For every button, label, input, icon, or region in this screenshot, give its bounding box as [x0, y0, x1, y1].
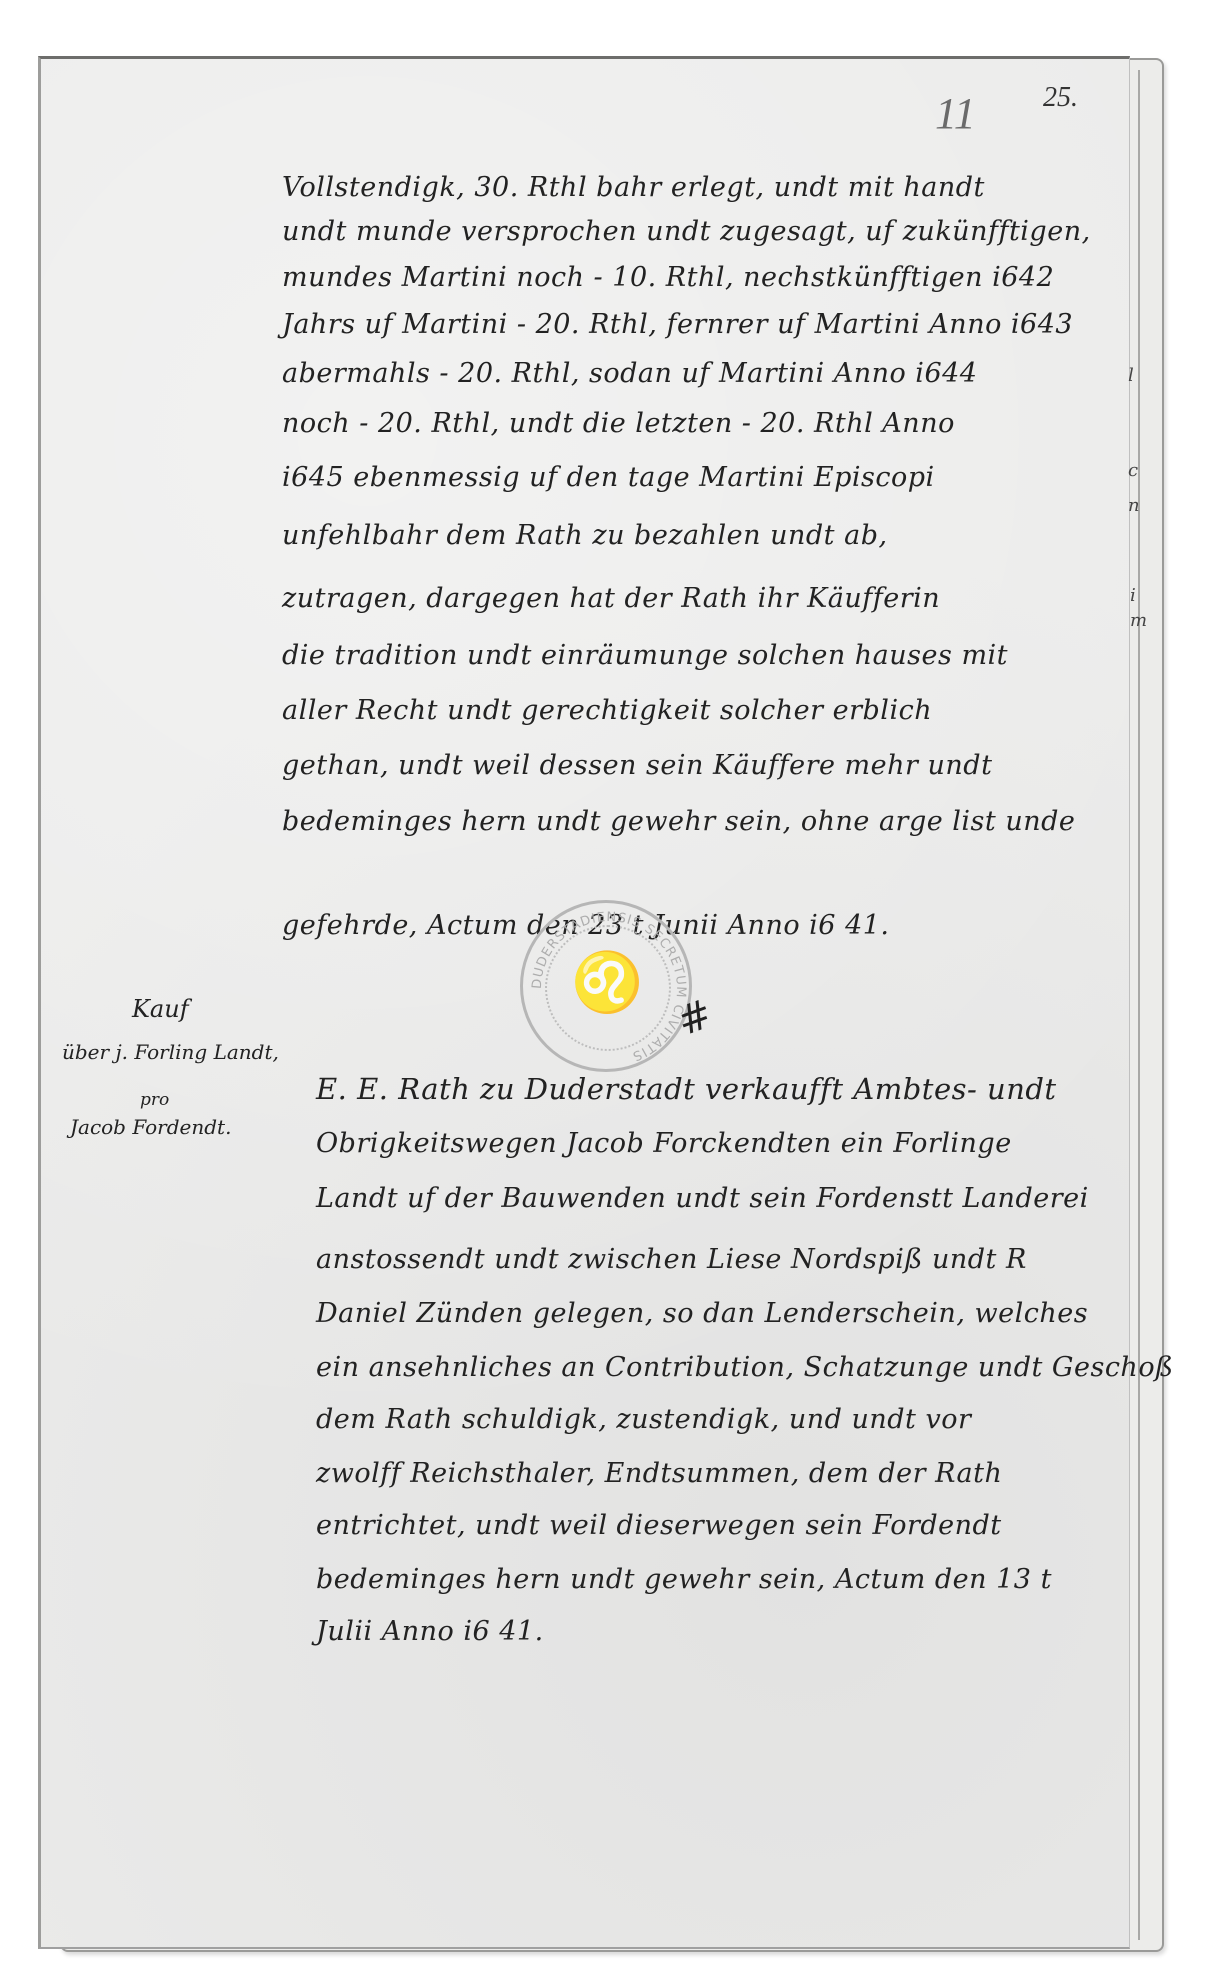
lion-icon: ♌: [571, 953, 643, 1011]
pencil-folio-number: 11: [935, 88, 976, 139]
text-line: aller Recht undt gerechtigkeit solcher e…: [282, 695, 932, 726]
text-line: gethan, undt weil dessen sein Käuffere m…: [282, 750, 992, 781]
text-line: anstossendt undt zwischen Liese Nordspiß…: [316, 1244, 1027, 1275]
text-line: die tradition undt einräumunge solchen h…: [282, 640, 1008, 671]
text-line: mundes Martini noch - 10. Rthl, nechstkü…: [282, 262, 1054, 293]
margin-mark: m: [1130, 610, 1147, 631]
margin-note-line: Kauf: [132, 995, 189, 1023]
text-line: noch - 20. Rthl, undt die letzten - 20. …: [282, 408, 955, 439]
text-line: abermahls - 20. Rthl, sodan uf Martini A…: [282, 358, 977, 389]
text-line: E. E. Rath zu Duderstadt verkaufft Ambte…: [316, 1072, 1057, 1106]
text-line: undt munde versprochen undt zugesagt, uf…: [282, 216, 1091, 247]
text-line: Obrigkeitswegen Jacob Forckendten ein Fo…: [316, 1128, 1012, 1159]
city-seal-stamp: DUDERSTADIENSIS SECRETUM CIVITATIS ♌: [520, 900, 692, 1072]
text-line: unfehlbahr dem Rath zu bezahlen undt ab,: [282, 520, 888, 551]
text-line: Julii Anno i6 41.: [316, 1616, 544, 1647]
text-line: entrichtet, undt weil dieserwegen sein F…: [316, 1510, 1002, 1541]
text-line: dem Rath schuldigk, zustendigk, und undt…: [316, 1404, 971, 1435]
text-line: i645 ebenmessig uf den tage Martini Epis…: [282, 462, 935, 493]
text-line: Daniel Zünden gelegen, so dan Lendersche…: [316, 1298, 1088, 1329]
text-line: ein ansehnliches an Contribution, Schatz…: [316, 1352, 1174, 1383]
margin-note-line: pro: [140, 1090, 169, 1110]
text-line: Landt uf der Bauwenden undt sein Fordens…: [316, 1183, 1089, 1214]
text-line: Vollstendigk, 30. Rthl bahr erlegt, undt…: [282, 172, 985, 203]
text-line: zwolff Reichsthaler, Endtsummen, dem der…: [316, 1458, 1002, 1489]
margin-mark: l: [1128, 365, 1134, 386]
margin-note-line: über j. Forling Landt,: [62, 1040, 279, 1064]
margin-mark: n: [1128, 495, 1140, 516]
margin-note-line: Jacob Fordendt.: [70, 1115, 231, 1139]
margin-mark: c: [1128, 460, 1138, 481]
text-line: bedeminges hern undt gewehr sein, ohne a…: [282, 806, 1075, 837]
text-line: bedeminges hern undt gewehr sein, Actum …: [316, 1564, 1052, 1595]
text-line: zutragen, dargegen hat der Rath ihr Käuf…: [282, 583, 940, 614]
margin-mark: i: [1130, 585, 1136, 606]
page-edge: [1138, 70, 1140, 1940]
text-line: Jahrs uf Martini - 20. Rthl, fernrer uf …: [282, 309, 1073, 340]
ink-folio-number: 25.: [1043, 82, 1078, 114]
